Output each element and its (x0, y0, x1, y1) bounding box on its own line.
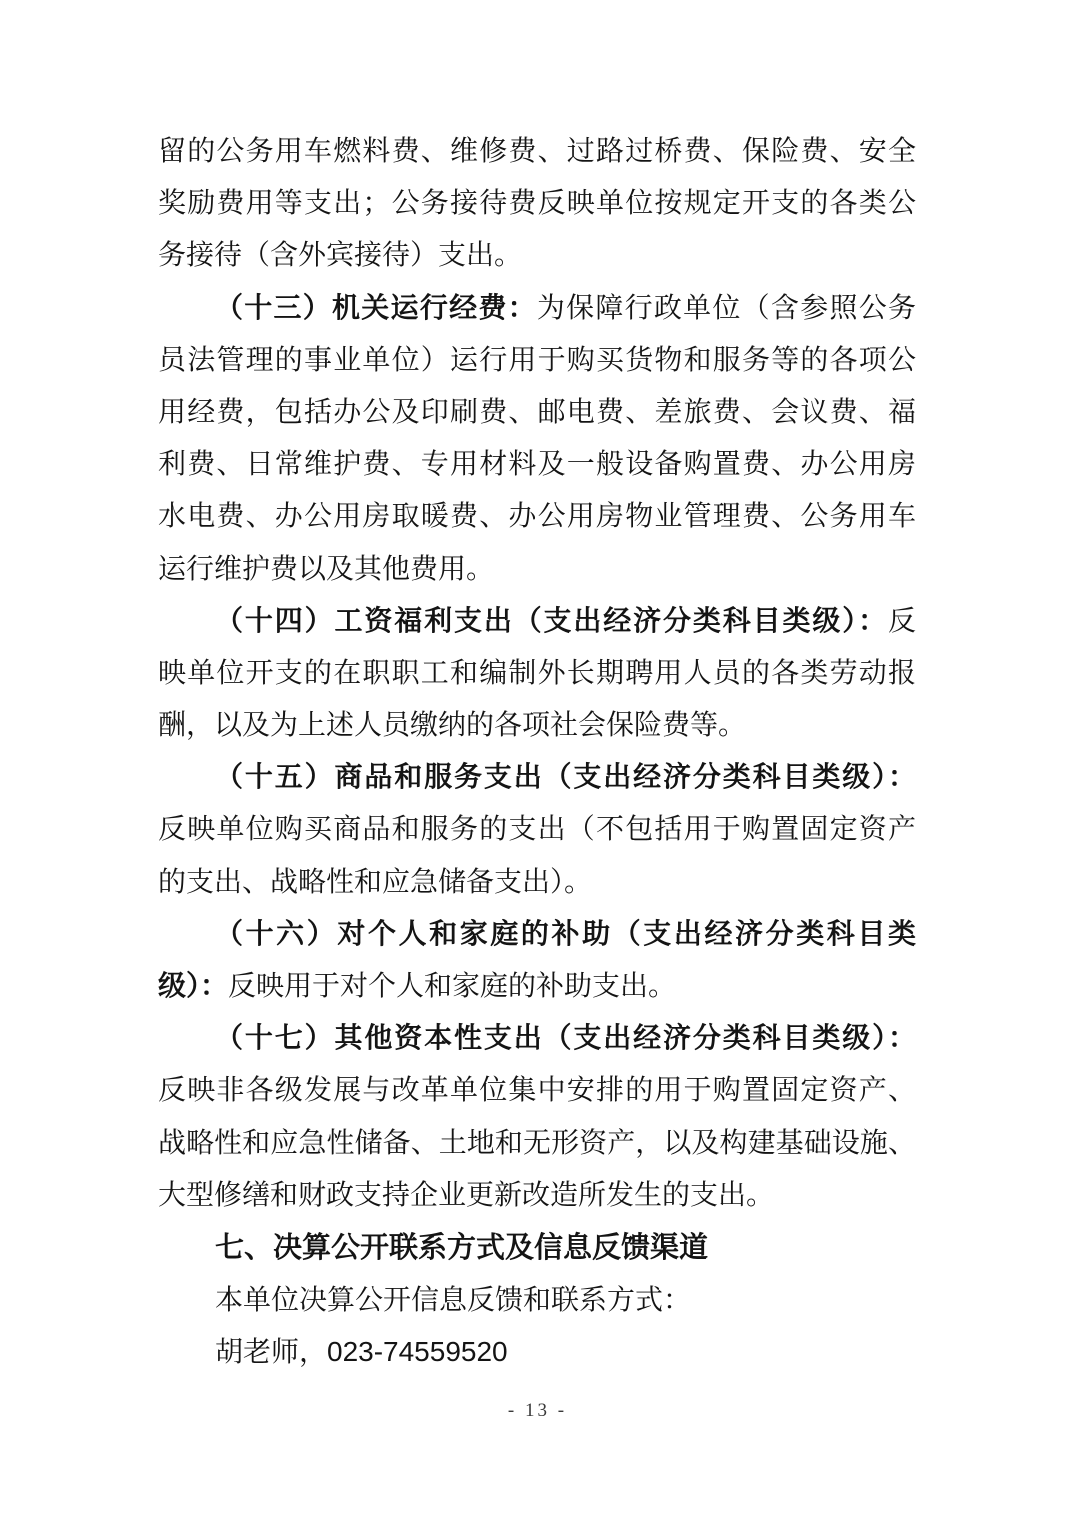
text-line: 的支出、战略性和应急储备支出）。 (158, 857, 916, 909)
text-line: （十六）对个人和家庭的补助（支出经济分类科目类 (158, 909, 916, 961)
text-run: 反 (888, 606, 916, 637)
text-run: 胡老师，023-74559520 (215, 1336, 508, 1367)
text-run: 映单位开支的在职职工和编制外长期聘用人员的各类劳动报 (158, 658, 916, 689)
text-run: 奖励费用等支出；公务接待费反映单位按规定开支的各类公 (158, 188, 916, 219)
text-line: 用经费，包括办公及印刷费、邮电费、差旅费、会议费、福 (158, 387, 916, 439)
text-run: 员法管理的事业单位）运行用于购买货物和服务等的各项公 (158, 345, 916, 376)
text-line: 反映非各级发展与改革单位集中安排的用于购置固定资产、 (158, 1065, 916, 1117)
text-line: 水电费、办公用房取暖费、办公用房物业管理费、公务用车 (158, 491, 916, 543)
text-line: 运行维护费以及其他费用。 (158, 544, 916, 596)
text-run: 反映非各级发展与改革单位集中安排的用于购置固定资产、 (158, 1075, 916, 1106)
text-run: 运行维护费以及其他费用。 (158, 554, 494, 585)
bold-text-run: （十三）机关运行经费： (215, 293, 537, 324)
text-line: 利费、日常维护费、专用材料及一般设备购置费、办公用房 (158, 439, 916, 491)
text-run: 水电费、办公用房取暖费、办公用房物业管理费、公务用车 (158, 501, 916, 532)
text-line: 级）：反映用于对个人和家庭的补助支出。 (158, 961, 916, 1013)
text-run: 大型修缮和财政支持企业更新改造所发生的支出。 (158, 1180, 774, 1211)
bold-text-run: （十六）对个人和家庭的补助（支出经济分类科目类 (215, 919, 916, 950)
document-page: 留的公务用车燃料费、维修费、过路过桥费、保险费、安全奖励费用等支出；公务接待费反… (0, 0, 1075, 1520)
text-run: 反映单位购买商品和服务的支出（不包括用于购置固定资产 (158, 814, 916, 845)
text-run: 用经费，包括办公及印刷费、邮电费、差旅费、会议费、福 (158, 397, 916, 428)
document-body: 留的公务用车燃料费、维修费、过路过桥费、保险费、安全奖励费用等支出；公务接待费反… (158, 126, 916, 1379)
bold-text-run: （十五）商品和服务支出（支出经济分类科目类级）： (215, 762, 916, 793)
text-line: 大型修缮和财政支持企业更新改造所发生的支出。 (158, 1170, 916, 1222)
text-run: 为保障行政单位（含参照公务 (537, 293, 916, 324)
page-number: - 13 - (0, 1400, 1075, 1422)
bold-text-run: （十七）其他资本性支出（支出经济分类科目类级）： (215, 1023, 916, 1054)
text-line: 酬，以及为上述人员缴纳的各项社会保险费等。 (158, 700, 916, 752)
text-line: 员法管理的事业单位）运行用于购买货物和服务等的各项公 (158, 335, 916, 387)
text-line: 胡老师，023-74559520 (158, 1326, 916, 1378)
text-line: （十五）商品和服务支出（支出经济分类科目类级）： (158, 752, 916, 804)
text-run: 留的公务用车燃料费、维修费、过路过桥费、保险费、安全 (158, 136, 916, 167)
bold-text-run: 七、决算公开联系方式及信息反馈渠道 (215, 1232, 708, 1264)
text-run: 本单位决算公开信息反馈和联系方式： (215, 1284, 691, 1315)
text-run: 利费、日常维护费、专用材料及一般设备购置费、办公用房 (158, 449, 916, 480)
text-line: 务接待（含外宾接待）支出。 (158, 230, 916, 282)
text-run: 反映用于对个人和家庭的补助支出。 (228, 971, 676, 1002)
text-run: 的支出、战略性和应急储备支出）。 (158, 867, 592, 898)
text-run: 酬，以及为上述人员缴纳的各项社会保险费等。 (158, 710, 746, 741)
text-line: （十四）工资福利支出（支出经济分类科目类级）：反 (158, 596, 916, 648)
text-line: 战略性和应急性储备、土地和无形资产，以及构建基础设施、 (158, 1118, 916, 1170)
text-line: 反映单位购买商品和服务的支出（不包括用于购置固定资产 (158, 804, 916, 856)
text-line: 映单位开支的在职职工和编制外长期聘用人员的各类劳动报 (158, 648, 916, 700)
text-line: 七、决算公开联系方式及信息反馈渠道 (158, 1222, 916, 1274)
bold-text-run: 级）： (158, 971, 228, 1002)
text-line: （十七）其他资本性支出（支出经济分类科目类级）： (158, 1013, 916, 1065)
text-line: 奖励费用等支出；公务接待费反映单位按规定开支的各类公 (158, 178, 916, 230)
text-line: 本单位决算公开信息反馈和联系方式： (158, 1274, 916, 1326)
text-line: 留的公务用车燃料费、维修费、过路过桥费、保险费、安全 (158, 126, 916, 178)
text-run: 务接待（含外宾接待）支出。 (158, 240, 522, 271)
text-run: 战略性和应急性储备、土地和无形资产，以及构建基础设施、 (158, 1128, 916, 1159)
text-line: （十三）机关运行经费：为保障行政单位（含参照公务 (158, 283, 916, 335)
bold-text-run: （十四）工资福利支出（支出经济分类科目类级）： (215, 606, 888, 637)
